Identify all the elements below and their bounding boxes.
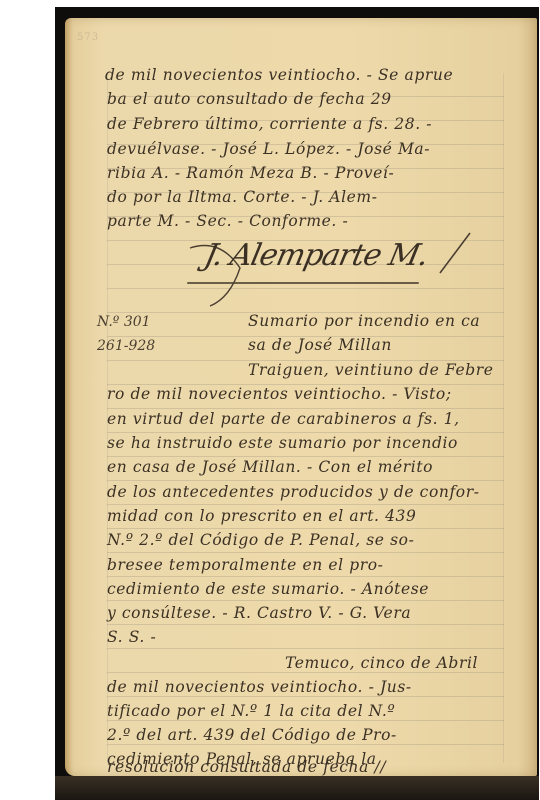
- ledger-page: 573 de mil novecientos veintiocho. - Se …: [65, 18, 537, 776]
- text-line: S. S. -: [107, 628, 156, 646]
- text-line: tificado por el N.º 1 la cita del N.º: [107, 702, 395, 720]
- text-line: do por la Iltma. Corte. - J. Alem-: [107, 188, 378, 206]
- text-line: 2.º del art. 439 del Código de Pro-: [107, 726, 397, 744]
- entry-title-line: sa de José Millan: [248, 336, 392, 354]
- text-line: ba el auto consultado de fecha 29: [107, 90, 392, 108]
- text-line: devuélvase. - José L. López. - José Ma-: [107, 140, 430, 158]
- text-line: Temuco, cinco de Abril: [285, 654, 478, 672]
- text-line: de mil novecientos veintiocho. - Se apru…: [105, 66, 453, 84]
- text-line: de Febrero último, corriente a fs. 28. -: [107, 115, 432, 133]
- signature-underline: [187, 282, 419, 284]
- text-line: se ha instruido este sumario por incendi…: [107, 434, 458, 452]
- text-line: cedimiento de este sumario. - Anótese: [107, 580, 429, 598]
- text-line: Traiguen, veintiuno de Febre: [248, 361, 494, 379]
- entry-reference: 261-928: [97, 338, 155, 354]
- text-line: resolución consultada de fecha //: [107, 758, 386, 776]
- signature: J. Alemparte M.: [201, 238, 431, 273]
- text-line: N.º 2.º del Código de P. Penal, se so-: [107, 531, 414, 549]
- text-line: de los antecedentes producidos y de conf…: [107, 483, 480, 501]
- text-line: midad con lo prescrito en el art. 439: [107, 507, 416, 525]
- text-line: y consúltese. - R. Castro V. - G. Vera: [107, 604, 411, 622]
- text-line: ro de mil novecientos veintiocho. - Vist…: [107, 385, 452, 403]
- text-line: en casa de José Millan. - Con el mérito: [107, 458, 433, 476]
- entry-number: N.º 301: [97, 314, 151, 330]
- text-line: ribia A. - Ramón Meza B. - Proveí-: [107, 164, 394, 182]
- text-line: de mil novecientos veintiocho. - Jus-: [107, 678, 412, 696]
- text-line: en virtud del parte de carabineros a fs.…: [107, 410, 460, 428]
- entry-title-line: Sumario por incendio en ca: [248, 312, 480, 330]
- text-line: bresee temporalmente en el pro-: [107, 556, 384, 574]
- faded-page-number: 573: [77, 32, 99, 43]
- page-edge-shadow: [55, 776, 539, 800]
